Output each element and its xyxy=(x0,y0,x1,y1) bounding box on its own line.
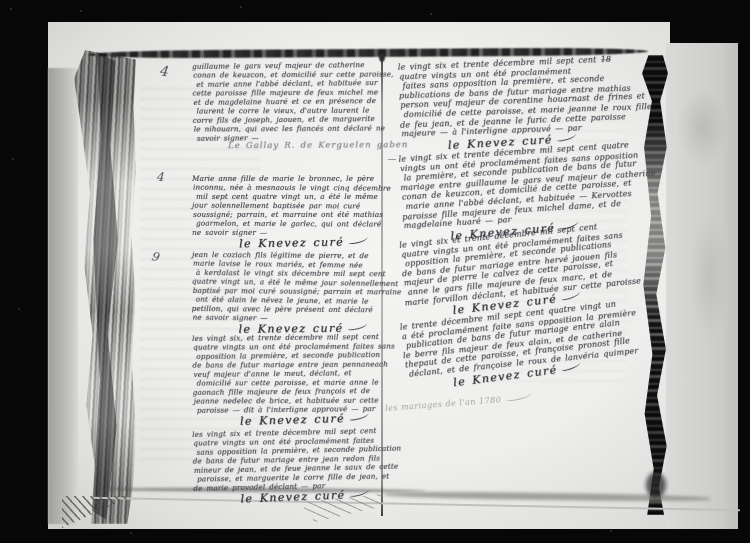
register-entry: les vingt six et trente décembre mil sep… xyxy=(193,426,402,503)
manuscript-line: quatre vingts un ont été proclamément fa… xyxy=(193,341,395,351)
manuscript-line: jeanne nedelec de brice, et habituée sur… xyxy=(194,395,396,405)
manuscript-line: le Knevez curé xyxy=(240,413,396,426)
manuscript-line: laurent le corre le vieux, d'autre laure… xyxy=(196,105,407,115)
film-speckles xyxy=(10,8,12,10)
manuscript-line: le Knevez curé xyxy=(239,237,391,249)
register-entry: le vingt six et trente décembre mil sept… xyxy=(399,53,653,150)
paper-backing: 449 guillaume le gars veuf majeur de cat… xyxy=(48,22,738,529)
margin-mark: 4 xyxy=(157,170,166,184)
manuscript-line: le nihouarn, qui avec les fiancés ont dé… xyxy=(194,123,408,133)
manuscript-line: jour solennellement baptisée par moi cur… xyxy=(192,200,391,210)
paper-smudge xyxy=(676,88,728,166)
manuscript-line: de bans de futur mariage entre jean penn… xyxy=(192,359,395,369)
manuscript-line: mil sept cent quatre vingt un, a été le … xyxy=(196,192,391,201)
manuscript-photo: 449 guillaume le gars veuf majeur de cat… xyxy=(0,0,750,543)
manuscript-line: goarmelon, et marie le gorlec, qui ont d… xyxy=(196,218,391,228)
register-entry: guillaume le gars veuf majeur de catheri… xyxy=(193,60,408,152)
right-page: — le vingt six et trente décembre mil se… xyxy=(399,57,664,469)
paper-smudge xyxy=(688,212,730,342)
manuscript-line: conan de keuzcon, et domicilié sur cette… xyxy=(193,69,407,79)
manuscript-line: Le Gallay R. de Kerguelen gaben xyxy=(228,141,408,151)
margin-mark: 4 xyxy=(159,63,170,80)
manuscript-line: cette paroisse fille majeure de feux mic… xyxy=(192,87,407,97)
register-entry: les vingt six, et trente décembre mil se… xyxy=(193,332,396,425)
manuscript-line: domicilié sur cette paroisse, et marie a… xyxy=(196,377,395,387)
register-entry: jean le coziach fils légitime de pierre,… xyxy=(192,250,401,333)
register-entry: Marie anne fille de marie le bronnec, le… xyxy=(193,174,391,247)
corner-stain xyxy=(646,472,666,498)
manuscript-line: inconnu, née à mesnaouis le vingt cinq d… xyxy=(193,182,391,192)
left-page: 449 guillaume le gars veuf majeur de cat… xyxy=(193,62,381,498)
background-notch xyxy=(670,22,738,43)
left-page-entries: guillaume le gars veuf majeur de catheri… xyxy=(193,62,381,498)
margin-dash-mark: — xyxy=(387,155,396,165)
book-cover-edge xyxy=(48,68,78,524)
